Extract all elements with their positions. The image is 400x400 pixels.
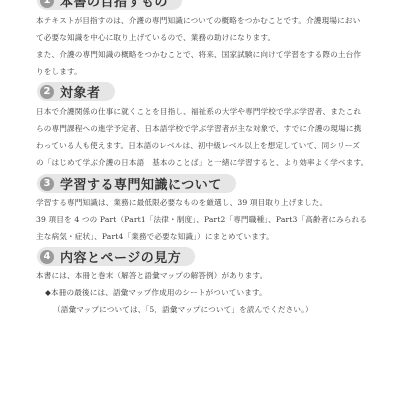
section-body-2: 日本で介護関係の仕事に就くことを目指し、福祉系の大学や専門学校で学ぶ学習者、また… [36, 103, 366, 171]
document-page: 1 本書の目指すもの 本テキストが目指すのは、介護の専門知識についての概略をつか… [0, 0, 400, 400]
section-heading-3: 3 学習する専門知識について [37, 174, 236, 193]
body-line: 39 項目を 4 つの Part（Part1「法律・制度」、Part2「専門職種… [36, 211, 366, 228]
section-title: 本書の目指すもの [60, 0, 168, 10]
body-line: わっている人も使えます。日本語のレベルは、初中級レベル以上を想定していて、同シリ… [36, 137, 366, 154]
body-line: 主な病気・症状」、Part4「業務で必要な知識」）にまとめています。 [36, 228, 366, 245]
bullet-line: ◆本冊の最後には、語彙マップ作成用のシートがついています。 [36, 284, 366, 301]
body-line: りをします。 [36, 63, 366, 80]
body-line: て必要な知識を中心に取り上げているので、業務の助けになります。 [36, 29, 366, 46]
body-line: また、介護の専門知識の概略をつかむことで、将来、国家試験に向けて学習をする際の土… [36, 46, 366, 63]
body-line: 学習する専門知識は、業務に最低限必要なものを厳選し、39 項目取り上げました。 [36, 194, 366, 211]
section-number-badge: 3 [40, 177, 54, 191]
section-heading-2: 2 対象者 [37, 82, 115, 101]
section-title: 内容とページの見方 [60, 247, 181, 266]
section-number-badge: 2 [40, 85, 54, 99]
section-number-badge: 4 [40, 250, 54, 264]
section-body-1: 本テキストが目指すのは、介護の専門知識についての概略をつかむことです。介護現場に… [36, 12, 366, 80]
section-heading-1: 1 本書の目指すもの [37, 0, 182, 10]
section-title: 対象者 [60, 82, 101, 101]
section-number-badge: 1 [40, 0, 54, 8]
section-body-3: 学習する専門知識は、業務に最低限必要なものを厳選し、39 項目取り上げました。 … [36, 194, 366, 245]
body-line: 本書には、本冊と巻末（解答と語彙マップの解答例）があります。 [36, 267, 366, 284]
body-line: の「はじめて学ぶ介護の日本語 基本のことば」と一緒に学習すると、より効率よく学べ… [36, 154, 366, 171]
note-line: （語彙マップについては、「5．語彙マップについて」を読んでください。） [36, 301, 366, 318]
section-body-4: 本書には、本冊と巻末（解答と語彙マップの解答例）があります。 ◆本冊の最後には、… [36, 267, 366, 318]
body-line: 日本で介護関係の仕事に就くことを目指し、福祉系の大学や専門学校で学ぶ学習者、また… [36, 103, 366, 120]
body-line: らの専門課程への進学予定者、日本語学校で学ぶ学習者が主な対象で、すでに介護の現場… [36, 120, 366, 137]
section-heading-4: 4 内容とページの見方 [37, 247, 195, 266]
section-title: 学習する専門知識について [60, 174, 222, 193]
body-line: 本テキストが目指すのは、介護の専門知識についての概略をつかむことです。介護現場に… [36, 12, 366, 29]
